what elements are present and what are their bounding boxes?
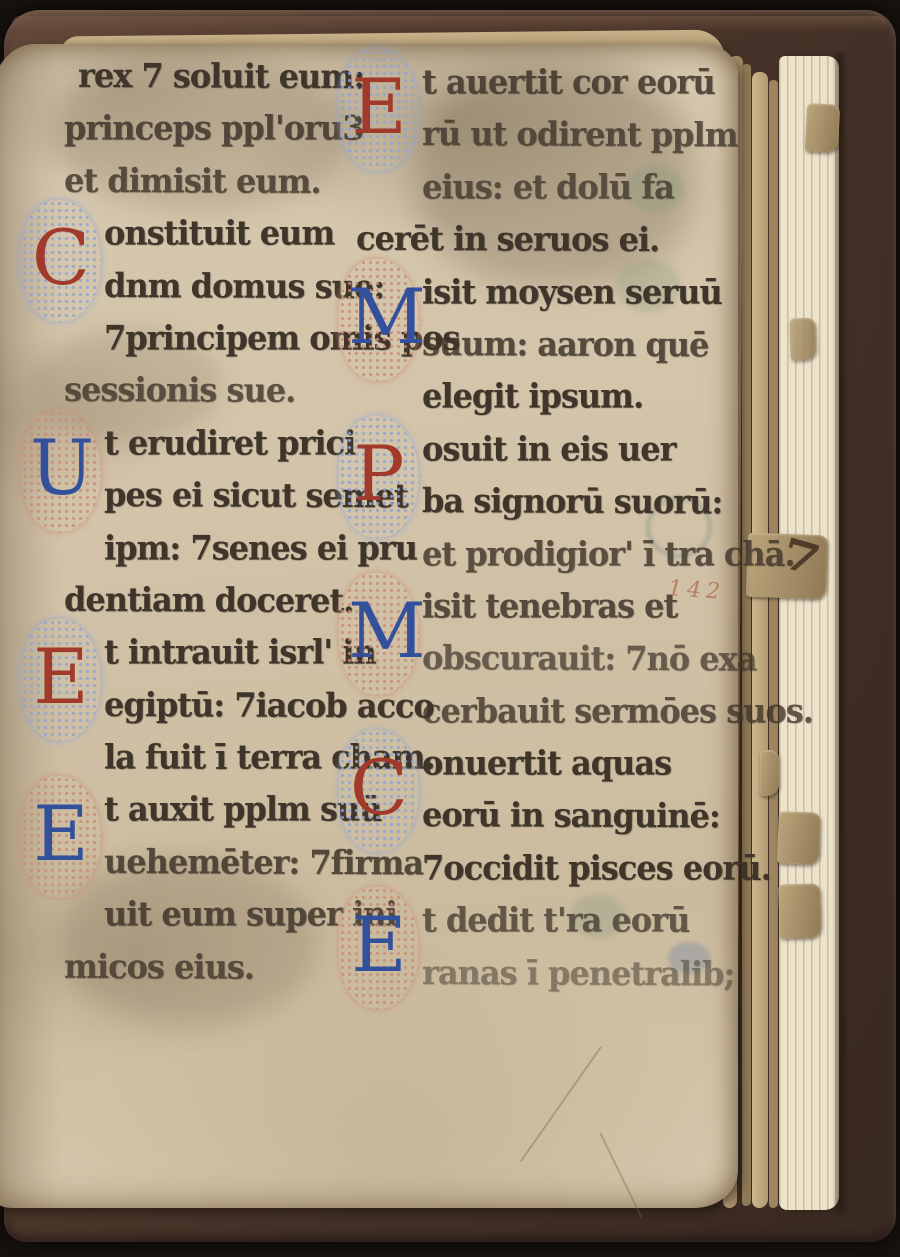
parchment-crack bbox=[599, 1132, 642, 1218]
manuscript-photo: 7 rex 7 soluit eum:princeps ppl'oru3et d… bbox=[0, 0, 900, 1257]
text-line: t auxit pplm suū bbox=[64, 782, 364, 836]
illuminated-initial: M bbox=[348, 582, 410, 686]
illuminated-initial: E bbox=[30, 628, 92, 732]
text-line: uehemēter: 7firma bbox=[64, 834, 364, 890]
fore-edge-tab bbox=[760, 750, 779, 796]
text-line: princeps ppl'oru3 bbox=[64, 101, 364, 155]
fore-edge-tab bbox=[805, 103, 840, 153]
text-column-right: Et auertit cor eorūrū ut odirent pplmeiu… bbox=[356, 56, 686, 1000]
verse-block: Et auxit pplm suūuehemēter: 7firmauit eu… bbox=[64, 783, 364, 993]
verse-block: Misit moysen seruūsuum: aaron quēelegit … bbox=[356, 266, 686, 423]
text-line: t erudiret prici bbox=[64, 416, 364, 470]
verse-block: Posuit in eis uerba signorū suorū:et pro… bbox=[356, 423, 686, 580]
illuminated-initial: C bbox=[30, 209, 92, 313]
illuminated-initial: C bbox=[348, 739, 410, 843]
text-line: et prodigior' ī tra chā. bbox=[356, 526, 686, 580]
verse-block: Et intrauit isrl' inegiptū: 7iacob accol… bbox=[64, 626, 364, 783]
text-line: dnm domus sue: bbox=[64, 258, 364, 314]
illuminated-initial: E bbox=[30, 785, 92, 889]
text-line: 7principem omis pos bbox=[64, 311, 364, 365]
fore-edge-tab bbox=[778, 883, 821, 938]
illuminated-initial: P bbox=[348, 425, 410, 529]
verse-block: Conuertit aquaseorū in sanguinē:7occidit… bbox=[356, 737, 686, 894]
verse-block: rex 7 soluit eum:princeps ppl'oru3et dim… bbox=[64, 50, 364, 207]
illuminated-initial: E bbox=[348, 58, 410, 162]
text-line: micos eius. bbox=[64, 939, 364, 995]
verse-block: Et dedit t'ra eorūranas ī penetralib; bbox=[356, 894, 686, 999]
fore-edge-tab bbox=[789, 318, 816, 361]
text-line: uit eum super ini bbox=[64, 887, 364, 941]
flyleaf-edges bbox=[779, 56, 839, 1210]
text-line: 7occidit pisces eorū. bbox=[356, 841, 686, 895]
parchment-crack bbox=[520, 1046, 602, 1162]
text-line: onstituit eum bbox=[64, 206, 364, 260]
text-line: elegit ipsum. bbox=[356, 369, 686, 423]
verse-block: Misit tenebras etobscurauit: 7nō exacerb… bbox=[356, 580, 686, 737]
text-line: la fuit ī terra cham. bbox=[64, 730, 364, 784]
text-column-left: rex 7 soluit eum:princeps ppl'oru3et dim… bbox=[64, 50, 364, 993]
text-line: cerēt in seruos ei. bbox=[356, 211, 686, 267]
text-line: egiptū: 7iacob acco bbox=[64, 677, 364, 733]
folio-number: 142 bbox=[667, 576, 726, 605]
text-line: ipm: 7senes ei pru bbox=[64, 520, 364, 574]
verse-block: Ut erudiret pricipes ei sicut semetipm: … bbox=[64, 417, 364, 627]
text-line: cerbauit sermōes suos. bbox=[356, 684, 686, 738]
text-line: rex 7 soluit eum: bbox=[64, 48, 364, 104]
illuminated-initial: M bbox=[348, 268, 410, 372]
text-line: dentiam doceret. bbox=[64, 572, 364, 628]
illuminated-initial: U bbox=[30, 419, 92, 523]
text-line: pes ei sicut semet bbox=[64, 467, 364, 523]
text-line: et dimisit eum. bbox=[64, 153, 364, 209]
verse-block: Constituit eumdnm domus sue:7principem o… bbox=[64, 207, 364, 417]
illuminated-initial: E bbox=[348, 896, 410, 1000]
cover-gap-shadow bbox=[836, 52, 845, 1214]
verse-block: Et auertit cor eorūrū ut odirent pplmeiu… bbox=[356, 56, 686, 266]
text-line: eius: et dolū fa bbox=[356, 160, 686, 214]
fore-edge-tab bbox=[777, 811, 821, 864]
page-edge-strip bbox=[769, 80, 778, 1208]
text-line: sessionis sue. bbox=[64, 363, 364, 419]
text-line: t intrauit isrl' in bbox=[64, 625, 364, 679]
